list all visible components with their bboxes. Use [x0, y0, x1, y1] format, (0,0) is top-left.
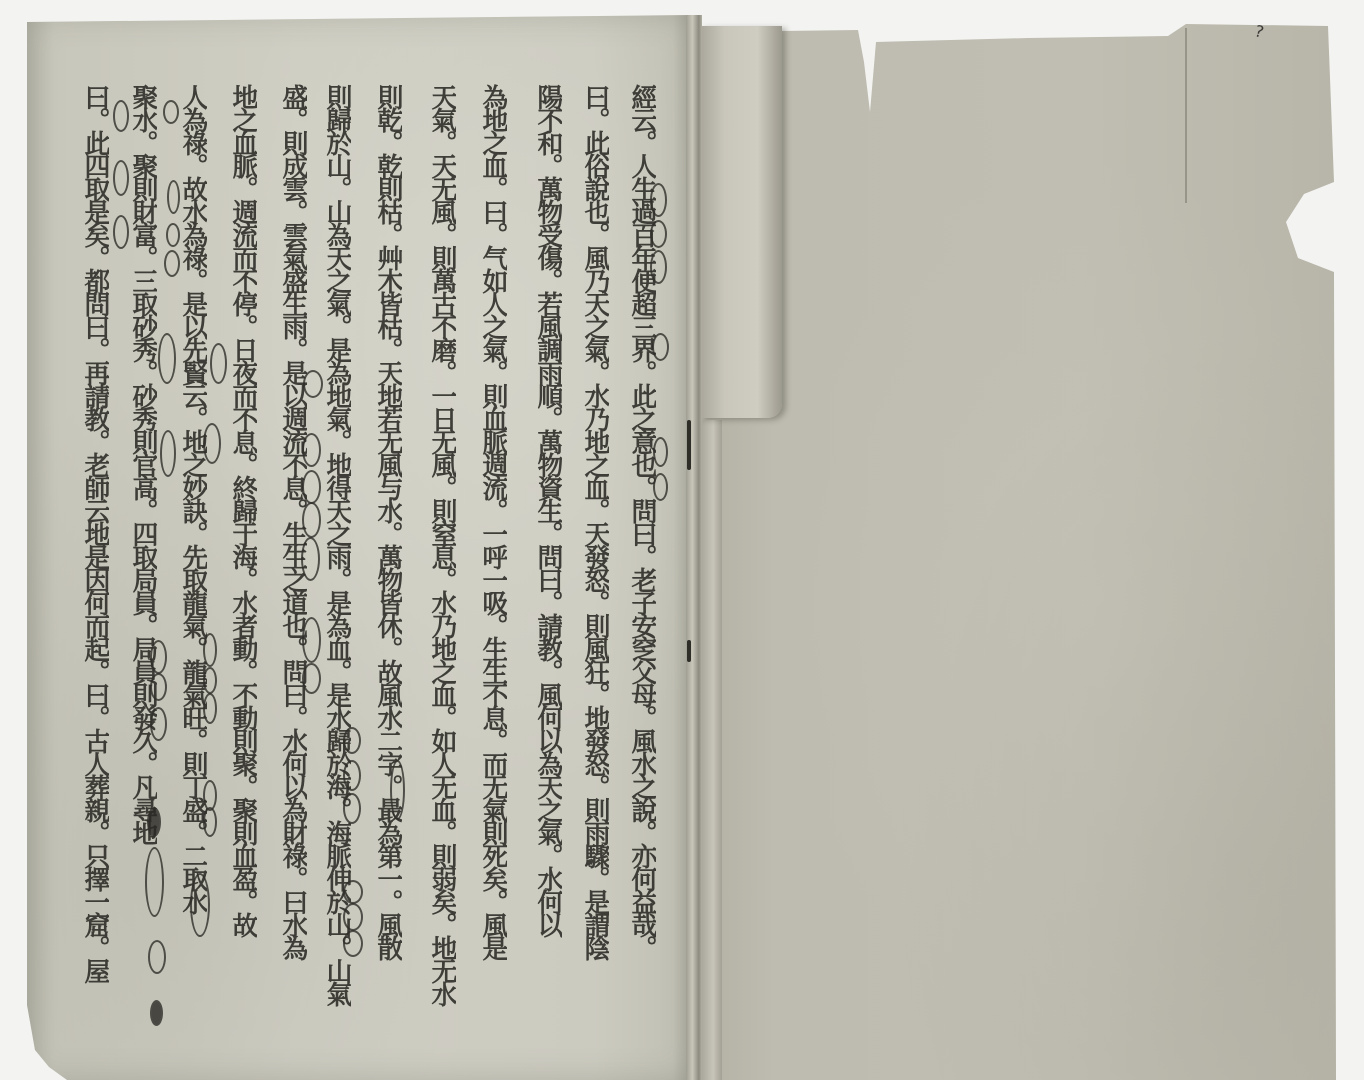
annotation-oval: [652, 333, 669, 361]
text-column-12: 曰。此四取是矣。都問曰。再請教。老師云地是因何而起。曰。古人葬親。只擇一窟。屋: [81, 84, 109, 1019]
annotation-oval: [150, 673, 167, 701]
text-column-4: 為地之血。曰。气如人之氣。則血脈週流。一呼一吸。生生不息。而无氣則死矣。風是: [479, 84, 507, 1019]
annotation-oval: [150, 707, 167, 741]
annotation-oval: [113, 160, 129, 196]
right-page-fold-edge: [700, 420, 722, 1080]
binding-stitch: [687, 420, 691, 470]
annotation-oval: [203, 423, 221, 464]
annotation-oval: [302, 433, 321, 467]
annotation-oval: [148, 940, 166, 974]
paper-crease: [1185, 28, 1187, 203]
annotation-oval: [160, 430, 176, 477]
annotation-filled-oval: [147, 807, 161, 837]
annotation-oval: [203, 633, 217, 667]
annotation-oval: [210, 343, 227, 384]
annotation-oval: [343, 760, 361, 791]
annotation-oval: [113, 215, 129, 249]
annotation-oval: [203, 667, 217, 694]
annotation-oval: [167, 180, 180, 214]
annotation-oval: [650, 250, 667, 284]
book-spine: [686, 15, 702, 1080]
annotation-oval: [302, 470, 321, 504]
annotation-oval: [163, 100, 179, 124]
manuscript-photo: ? 經云。人生過百年便超三界。此之意也。問曰。老子安窆父母。風水之說。亦何益哉。…: [0, 0, 1364, 1080]
text-column-3: 陽不和。萬物受傷。若風調雨順。萬物資生。問曰。請教。風何以為天之氣。水何以: [534, 84, 562, 1019]
annotation-oval: [650, 183, 667, 217]
annotation-oval: [150, 640, 167, 674]
annotation-oval: [343, 903, 363, 931]
annotation-oval: [343, 793, 361, 824]
annotation-oval: [190, 873, 210, 937]
annotation-oval: [166, 223, 180, 247]
annotation-oval: [203, 807, 217, 837]
right-page-blank: [698, 22, 1340, 1080]
annotation-oval: [653, 473, 668, 501]
text-column-2: 曰。此俗說也。風乃天之氣。水乃地之血。天發怒。則風狂。地發怒。則雨驟。是謂陰: [581, 84, 609, 1019]
text-column-5: 天氣。天无風。則萬古不磨。一日无風。則窒息。水乃地之血。如人无血。則弱矣。地无水: [428, 84, 456, 1019]
annotation-oval: [302, 617, 321, 663]
annotation-oval: [303, 370, 323, 398]
annotation-oval: [301, 537, 320, 581]
annotation-oval: [343, 930, 363, 957]
text-column-6: 則乾。乾則枯。艸木皆枯。天地若无風与水。萬物皆休。故風水二字。最為第一。風散: [374, 84, 402, 1019]
text-column-7: 則歸於山。山為天之氣。是為地氣。地得天之雨。是為血。是水歸於海。海脈伸於山。山氣: [323, 84, 351, 1019]
annotation-oval: [203, 693, 217, 724]
annotation-oval: [145, 847, 164, 917]
annotation-oval: [113, 100, 129, 132]
annotation-oval: [302, 502, 321, 538]
right-page-curled-edge: [700, 26, 782, 418]
annotation-oval: [164, 250, 180, 277]
annotation-oval: [653, 437, 668, 467]
annotation-oval: [650, 220, 667, 248]
text-column-9: 地之血脈。週流而不停。日夜而不息。終歸于海。水者動。不動則聚。聚則血盈。故: [229, 84, 257, 1019]
annotation-oval: [343, 727, 361, 754]
annotation-oval: [302, 663, 321, 694]
annotation-filled-oval: [150, 1000, 163, 1026]
annotation-oval: [390, 760, 405, 820]
annotation-oval: [158, 333, 176, 384]
binding-stitch: [687, 640, 691, 662]
annotation-oval: [343, 880, 363, 904]
